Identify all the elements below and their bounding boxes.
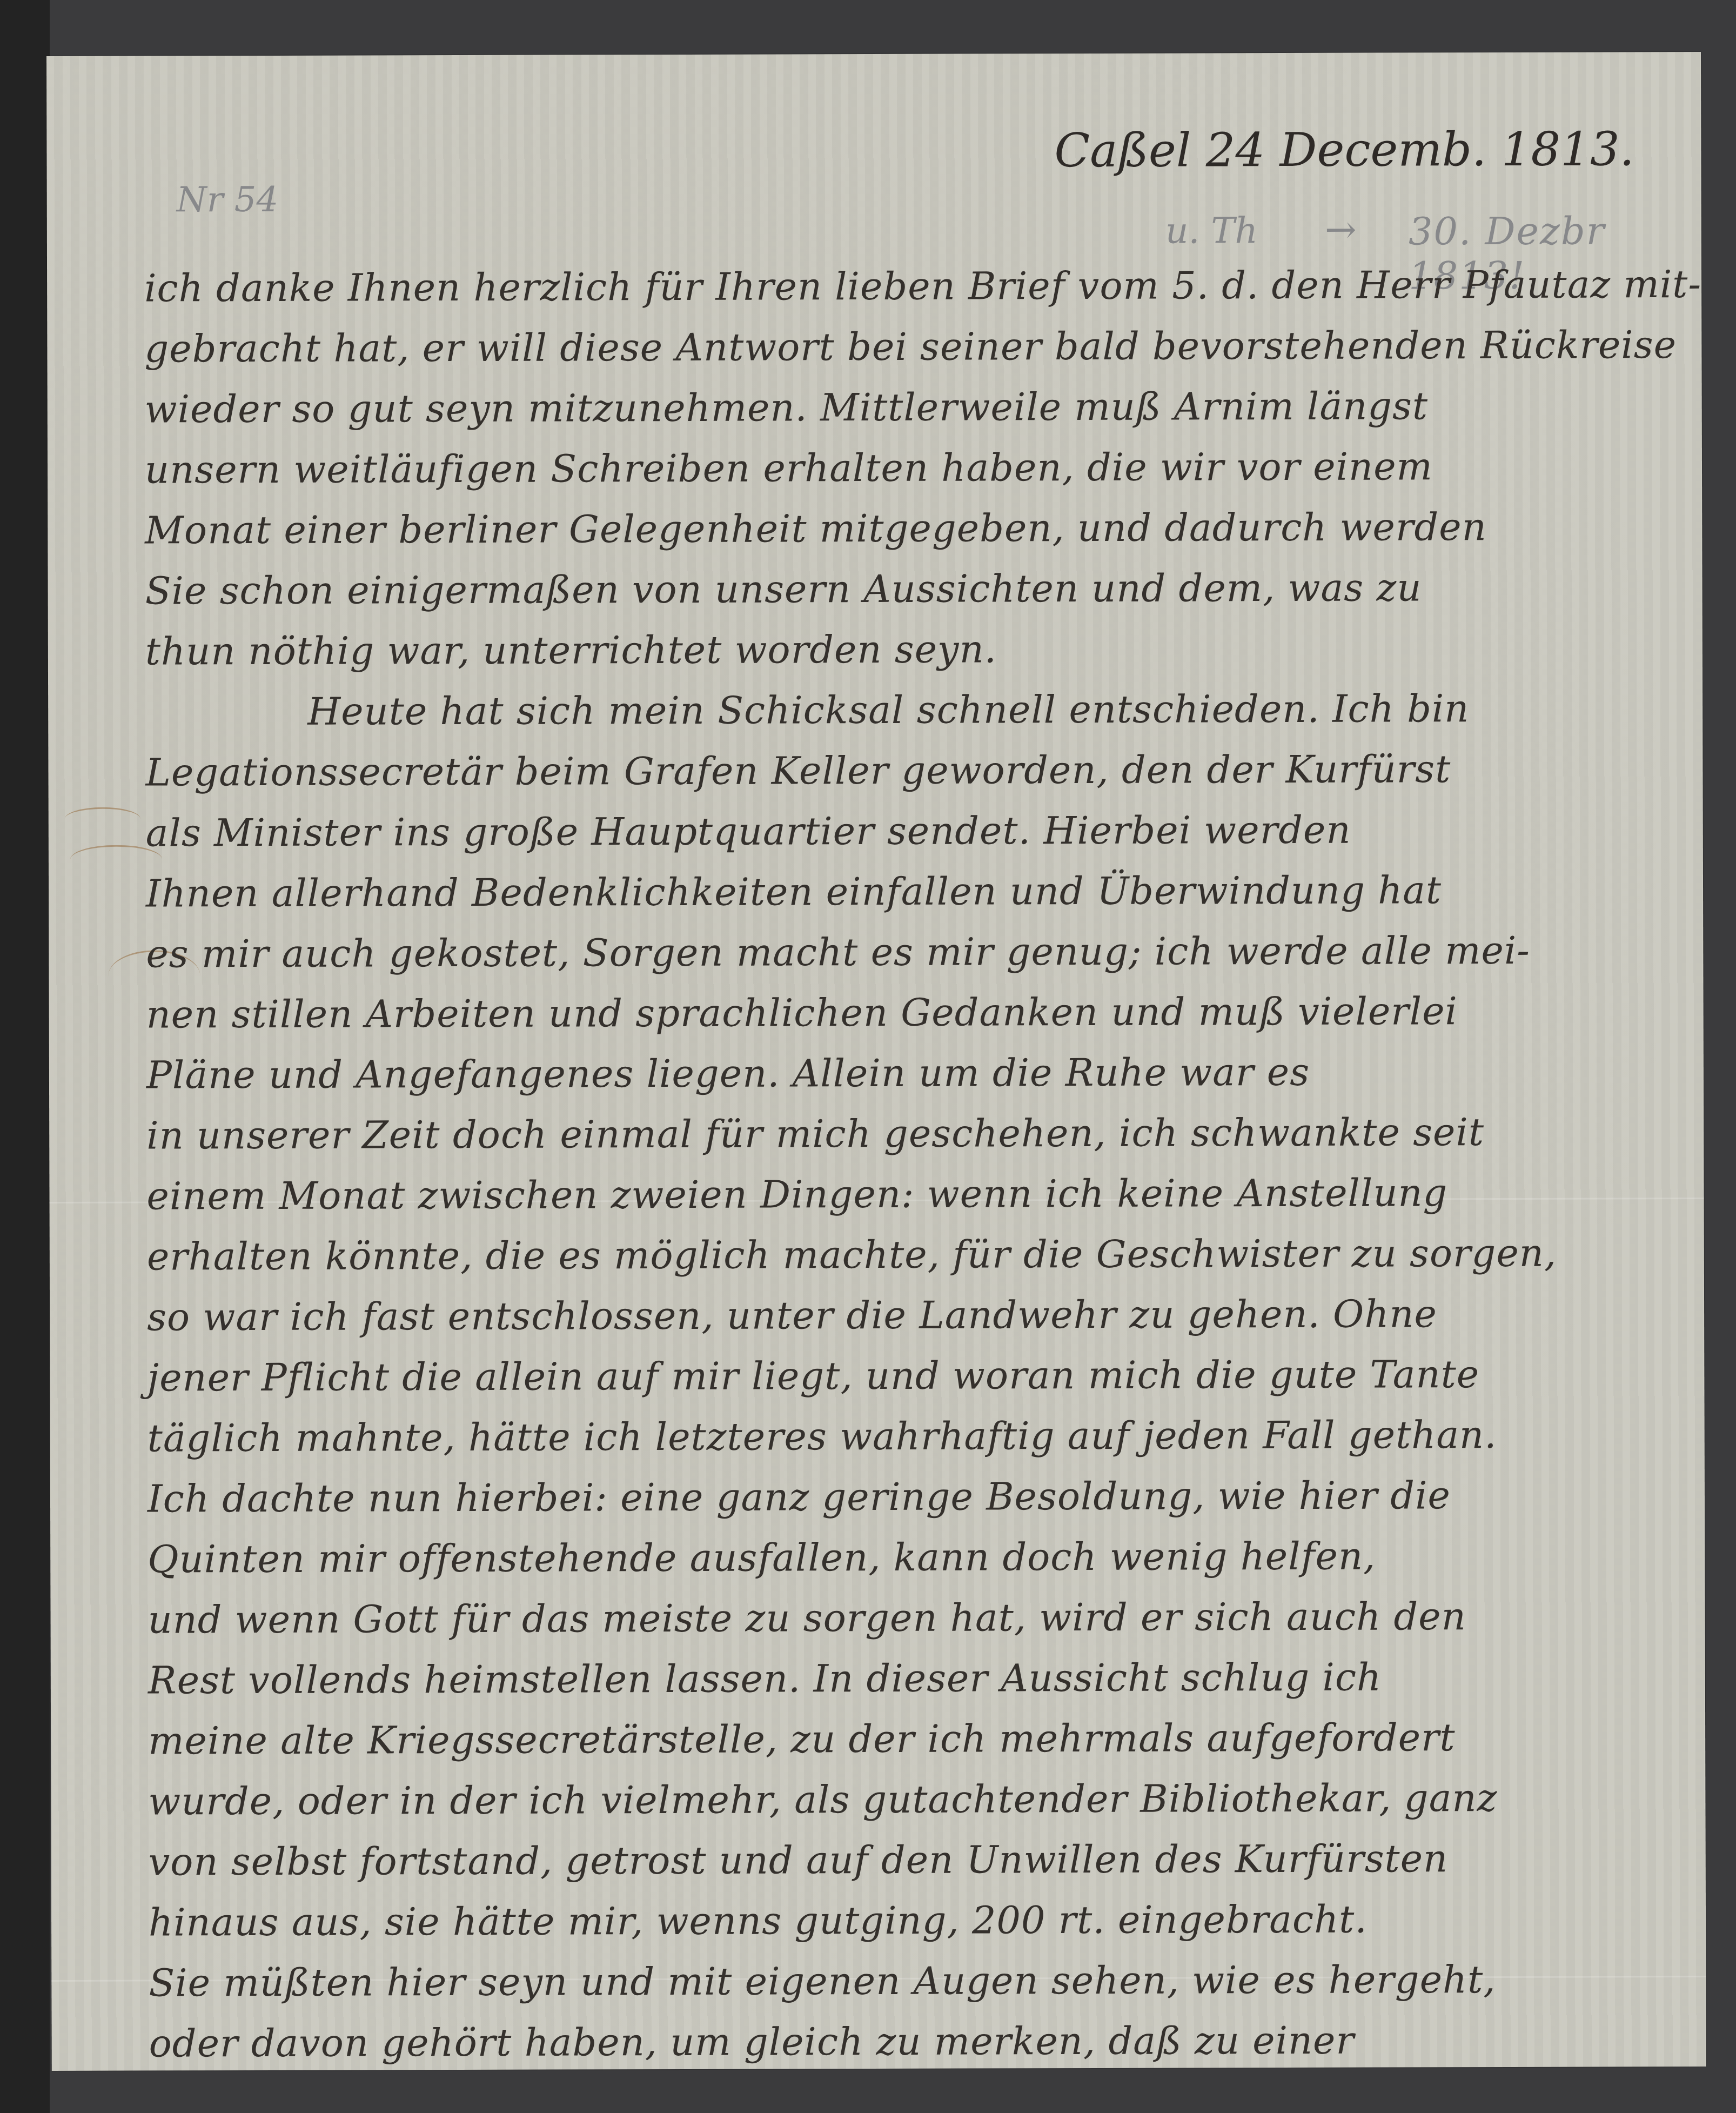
letter-page: Nr 54 Caßel 24 Decemb. 1813. u. Th → 30.… [46,52,1706,2071]
text-line: es mir auch gekostet, Sorgen macht es mi… [146,926,1530,979]
text-line: Quinten mir offenstehende ausfallen, kan… [148,1532,1376,1584]
text-line: meine alte Kriegssecretärstelle, zu der … [148,1713,1456,1765]
text-line: wieder so gut seyn mitzunehmen. Mittlerw… [145,382,1429,433]
text-line: thun nöthig war, unterrichtet worden sey… [145,625,997,676]
text-line: oder davon gehört haben, um gleich zu me… [149,2016,1355,2068]
text-line: ich danke Ihnen herzlich für Ihren liebe… [144,260,1701,313]
text-line: Ihnen allerhand Bedenklichkeiten einfall… [146,866,1442,918]
text-line: so war ich fast entschlossen, unter die … [147,1289,1437,1341]
text-line: nen stillen Arbeiten und sprachlichen Ge… [146,987,1458,1039]
text-line: Pläne und Angefangenes liegen. Allein um… [146,1048,1310,1100]
archive-number: Nr 54 [177,180,279,220]
pencil-note: u. Th [1165,210,1258,251]
text-line: Monat einer berliner Gelegenheit mitgege… [145,503,1487,555]
text-line: Ich dachte nun hierbei: eine ganz gering… [148,1471,1451,1523]
text-line: einem Monat zwischen zweien Dingen: wenn… [146,1168,1447,1220]
text-line: Legationssecretär beim Grafen Keller gew… [145,745,1451,797]
text-line: erhalten könnte, die es möglich machte, … [147,1229,1557,1281]
text-line: Heute hat sich mein Schicksal schnell en… [307,684,1469,736]
text-line: wurde, oder in der ich vielmehr, als gut… [148,1774,1497,1826]
text-line: jener Pflicht die allein auf mir liegt, … [147,1350,1479,1402]
text-line: hinaus aus, sie hätte mir, wenns gutging… [149,1895,1368,1947]
letter-body: ich danke Ihnen herzlich für Ihren liebe… [144,260,1657,264]
text-line: Rest vollends heimstellen lassen. In die… [148,1653,1382,1705]
text-line: und wenn Gott für das meiste zu sorgen h… [148,1592,1466,1644]
text-line: unsern weitläufigen Schreiben erhalten h… [145,442,1433,494]
text-line: in unserer Zeit doch einmal für mich ges… [146,1108,1484,1160]
place-date-line: Caßel 24 Decemb. 1813. [1054,122,1634,178]
text-line: Sie müßten hier seyn und mit eigenen Aug… [149,1955,1496,2008]
text-line: täglich mahnte, hätte ich letzteres wahr… [148,1410,1497,1463]
text-line: gebracht hat, er will diese Antwort bei … [144,320,1677,373]
text-line: von selbst fortstand, getrost und auf de… [149,1834,1449,1886]
scanner-mat-strip [0,0,50,2113]
arrow-icon: → [1325,208,1357,252]
text-line: Sie schon einigermaßen von unsern Aussic… [145,563,1422,615]
ink-stain [65,807,140,831]
text-line: als Minister ins große Hauptquartier sen… [146,806,1351,858]
